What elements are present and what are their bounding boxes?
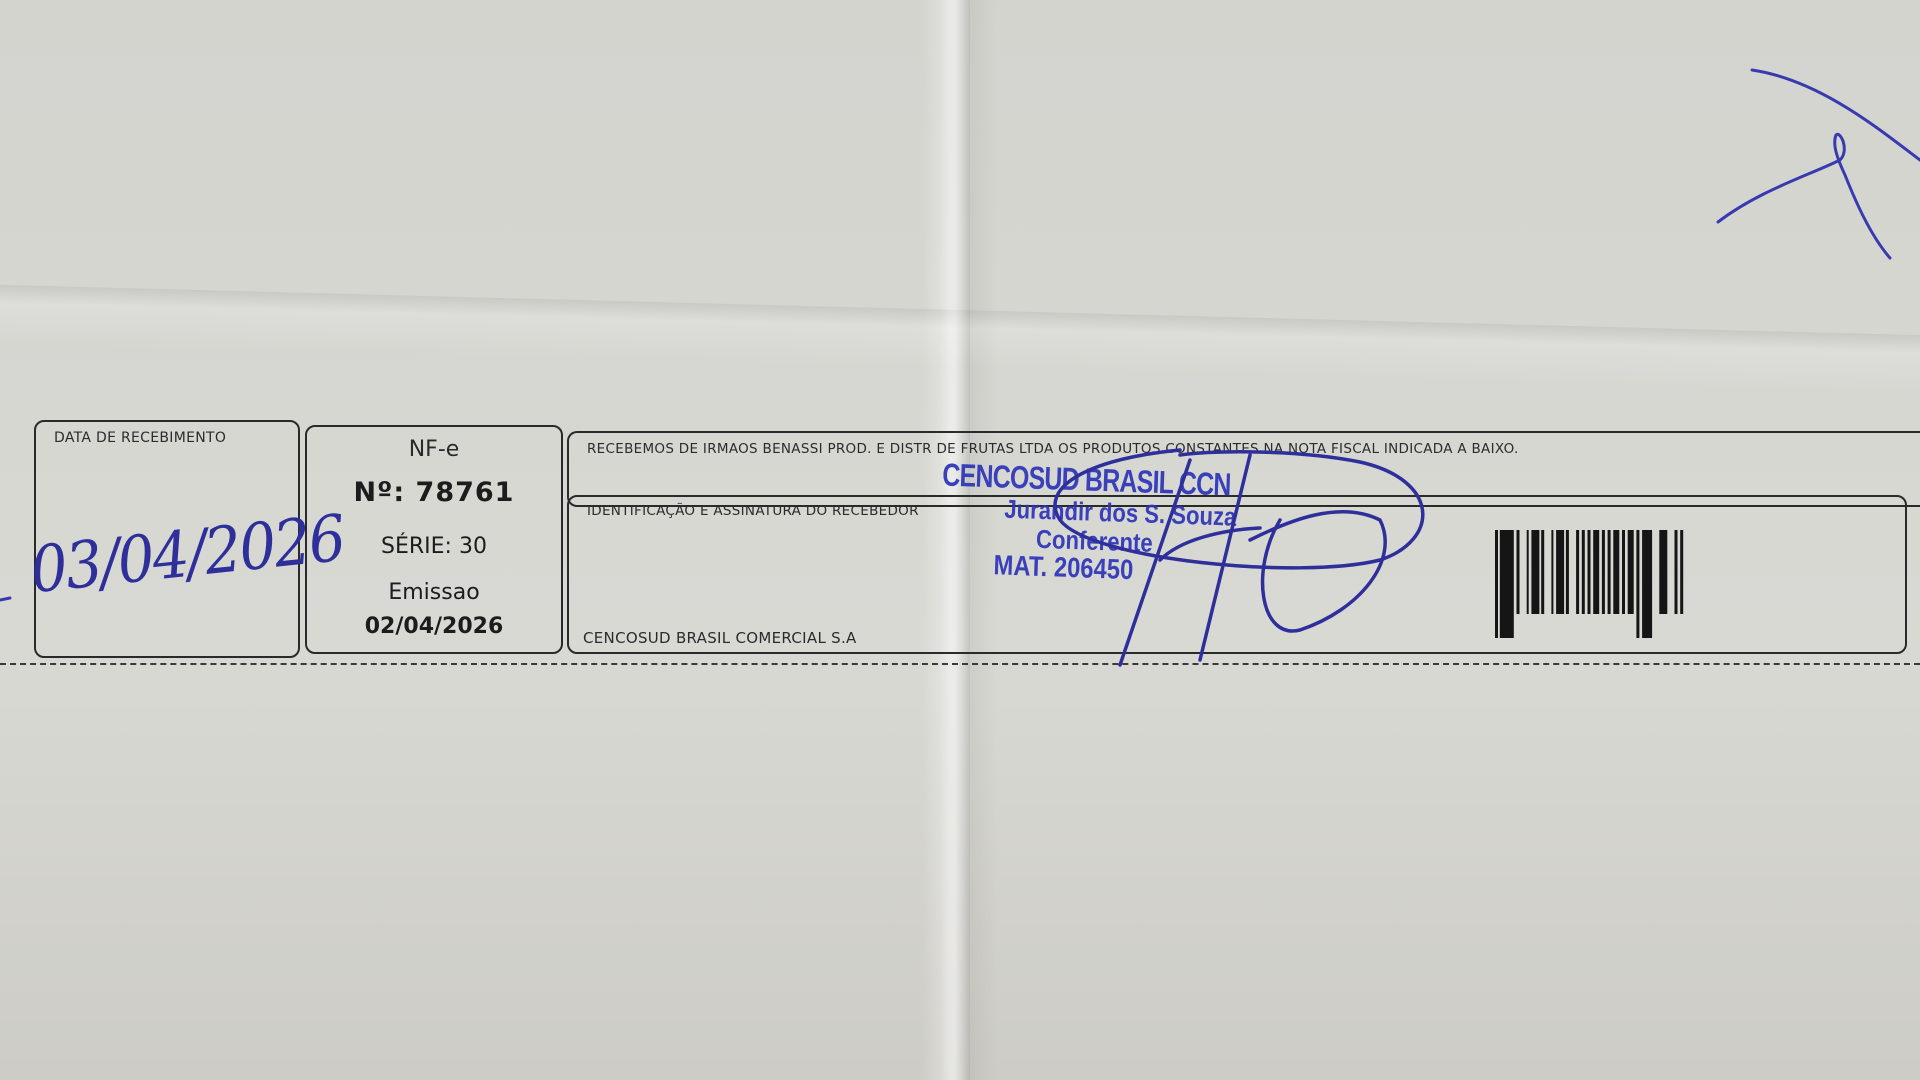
nfe-title: NF-e	[307, 437, 561, 462]
nfe-number: Nº: 78761	[307, 477, 561, 508]
recipient-name: CENCOSUD BRASIL COMERCIAL S.A	[583, 629, 857, 647]
barcode-icon	[1467, 528, 1887, 640]
nfe-issue-label: Emissao	[307, 580, 561, 605]
receiver-stamp: CENCOSUD BRASIL CCN Jurandir dos S. Souz…	[918, 456, 1282, 591]
nfe-issue-date: 02/04/2026	[307, 614, 561, 639]
nfe-receipt-stub: DATA DE RECEBIMENTO NF-e Nº: 78761 SÉRIE…	[0, 0, 1920, 1080]
receiver-label: IDENTIFICAÇÃO E ASSINATURA DO RECEBEDOR	[587, 503, 919, 519]
receipt-statement: RECEBEMOS DE IRMAOS BENASSI PROD. E DIST…	[587, 441, 1519, 457]
tear-line	[0, 663, 1920, 665]
date-receipt-label: DATA DE RECEBIMENTO	[54, 430, 226, 446]
